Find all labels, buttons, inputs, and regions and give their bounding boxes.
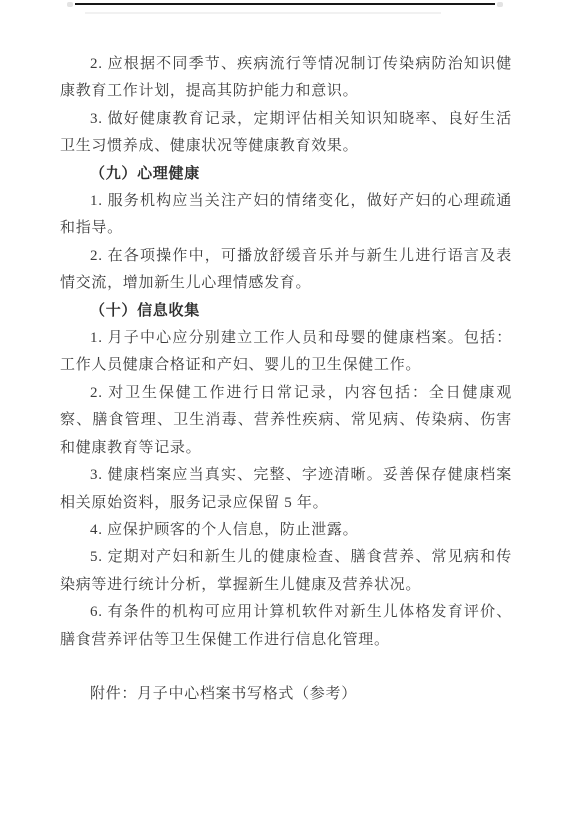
body-paragraph: 2. 应根据不同季节、疾病流行等情况制订传染病防治知识健康教育工作计划，提高其防… <box>60 51 512 106</box>
page-top-rule <box>75 3 495 5</box>
body-paragraph: 3. 做好健康教育记录，定期评估相关知识知晓率、良好生活卫生习惯养成、健康状况等… <box>60 106 512 161</box>
scan-artifact-right <box>497 2 503 7</box>
attachment-note: 附件：月子中心档案书写格式（参考） <box>60 681 512 708</box>
scan-artifact-left <box>67 2 73 7</box>
body-paragraph: 2. 在各项操作中，可播放舒缓音乐并与新生儿进行语言及表情交流，增加新生儿心理情… <box>60 243 512 298</box>
document-body: 2. 应根据不同季节、疾病流行等情况制订传染病防治知识健康教育工作计划，提高其防… <box>60 51 512 708</box>
body-paragraph: 5. 定期对产妇和新生儿的健康检查、膳食营养、常见病和传染病等进行统计分析，掌握… <box>60 544 512 599</box>
body-paragraph: 1. 服务机构应当关注产妇的情绪变化，做好产妇的心理疏通和指导。 <box>60 188 512 243</box>
body-paragraph: 3. 健康档案应当真实、完整、字迹清晰。妥善保存健康档案相关原始资料，服务记录应… <box>60 462 512 517</box>
page-top-rule-shadow <box>85 12 441 14</box>
body-paragraph: 1. 月子中心应分别建立工作人员和母婴的健康档案。包括：工作人员健康合格证和产妇… <box>60 325 512 380</box>
body-paragraph: 4. 应保护顾客的个人信息，防止泄露。 <box>60 517 512 544</box>
body-paragraph: 6. 有条件的机构可应用计算机软件对新生儿体格发育评价、膳食营养评估等卫生保健工… <box>60 599 512 654</box>
section-heading-10: （十）信息收集 <box>60 298 512 325</box>
document-page: 2. 应根据不同季节、疾病流行等情况制订传染病防治知识健康教育工作计划，提高其防… <box>0 0 573 821</box>
section-heading-9: （九）心理健康 <box>60 161 512 188</box>
body-paragraph: 2. 对卫生保健工作进行日常记录，内容包括：全日健康观察、膳食管理、卫生消毒、营… <box>60 380 512 462</box>
